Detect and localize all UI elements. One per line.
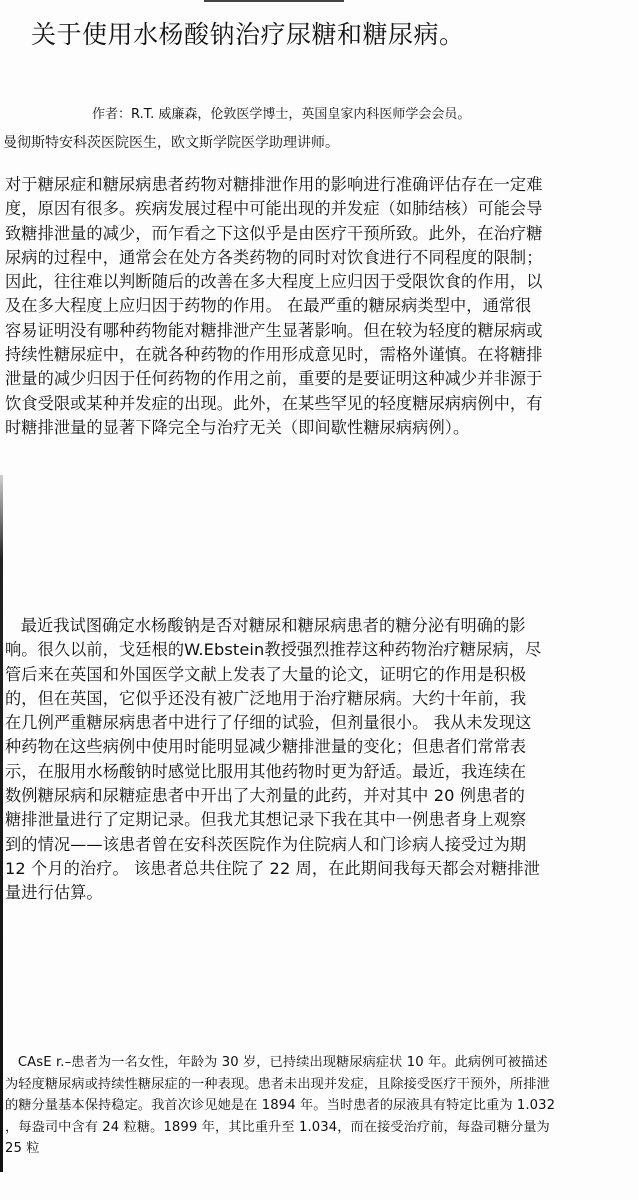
text-line: 对于糖尿症和糖尿病患者药物对糖排泄作用的影响进行准确评估存在一定难	[5, 173, 631, 197]
text-line: 持续性糖尿症中，在就各种药物的作用形成意见时，需格外谨慎。在将糖排	[5, 343, 631, 367]
text-line: 的，但在英国，它似乎还没有被广泛地用于治疗糖尿病。大约十年前，我	[5, 687, 631, 711]
paragraph-intro: 对于糖尿症和糖尿病患者药物对糖排泄作用的影响进行准确评估存在一定难 度，原因有很…	[5, 173, 631, 440]
text-line: 为轻度糖尿病或持续性糖尿症的一种表现。患者未出现并发症，且除接受医疗干预外，所排…	[5, 1074, 631, 1096]
text-line: 时糖排泄量的显著下降完全与治疗无关（即间歇性糖尿病病例）。	[5, 416, 631, 440]
text-line: CAsE r.–患者为一名女性，年龄为 30 岁，已持续出现糖尿病症状 10 年…	[5, 1052, 631, 1074]
paragraph-salicylate-study: 最近我试图确定水杨酸钠是否对糖尿和糖尿病患者的糖分泌有明确的影 响。很久以前，戈…	[5, 614, 631, 906]
text-line: ，每盎司中含有 24 粒糖。1899 年，其比重升至 1.034，而在接受治疗前…	[5, 1117, 631, 1139]
text-line: 量进行估算。	[5, 881, 631, 905]
text-line: 响。很久以前，戈廷根的W.Ebstein教授强烈推荐这种药物治疗糖尿病，尽	[5, 638, 631, 662]
text-line: 容易证明没有哪种药物能对糖排泄产生显著影响。但在较为轻度的糖尿病或	[5, 319, 631, 343]
text-line: 数例糖尿病和尿糖症患者中开出了大剂量的此药，并对其中 20 例患者的	[5, 784, 631, 808]
text-line: 泄量的减少归因于任何药物的作用之前，重要的是要证明这种减少并非源于	[5, 367, 631, 391]
text-line: 糖排泄量进行了定期记录。但我尤其想记录下我在其中一例患者身上观察	[5, 808, 631, 832]
text-line: 致糖排泄量的减少，而乍看之下这似乎是由医疗干预所致。此外，在治疗糖	[5, 222, 631, 246]
text-line: 度，原因有很多。疾病发展过程中可能出现的并发症（如肺结核）可能会导	[5, 197, 631, 221]
author-line: 作者：R.T. 威廉森，伦敦医学博士，英国皇家内科医师学会会员。	[92, 106, 470, 124]
text-line: 12 个月的治疗。 该患者总共住院了 22 周，在此期间我每天都会对糖排泄	[5, 857, 631, 881]
text-line: 最近我试图确定水杨酸钠是否对糖尿和糖尿病患者的糖分泌有明确的影	[5, 614, 631, 638]
text-line: 及在多大程度上应归因于药物的作用。 在最严重的糖尿病类型中，通常很	[5, 294, 631, 318]
text-line: 尿病的过程中，通常会在处方各类药物的同时对饮食进行不同程度的限制；	[5, 246, 631, 270]
text-line: 管后来在英国和外国医学文献上发表了大量的论文，证明它的作用是积极	[5, 663, 631, 687]
text-line: 在几例严重糖尿病患者中进行了仔细的试验，但剂量很小。 我从未发现这	[5, 711, 631, 735]
text-line: 到的情况——该患者曾在安科茨医院作为住院病人和门诊病人接受过为期	[5, 833, 631, 857]
text-line: 示，在服用水杨酸钠时感觉比服用其他药物时更为舒适。最近，我连续在	[5, 760, 631, 784]
text-line: 25 粒	[5, 1138, 631, 1160]
paragraph-case-report: CAsE r.–患者为一名女性，年龄为 30 岁，已持续出现糖尿病症状 10 年…	[5, 1052, 631, 1160]
text-line: 饮食受限或某种并发症的出现。此外，在某些罕见的轻度糖尿病病例中，有	[5, 392, 631, 416]
document-title: 关于使用水杨酸钠治疗尿糖和糖尿病。	[31, 18, 465, 52]
text-line: 的糖分量基本保持稳定。我首次诊见她是在 1894 年。当时患者的尿液具有特定比重…	[5, 1095, 631, 1117]
text-line: 种药物在这些病例中使用时能明显减少糖排泄量的变化；但患者们常常表	[5, 735, 631, 759]
top-rule-divider	[204, 0, 344, 2]
left-page-edge	[0, 475, 3, 1172]
text-line: 因此，往往难以判断随后的改善在多大程度上应归因于受限饮食的作用，以	[5, 270, 631, 294]
affiliation-line: 曼彻斯特安科茨医院医生，欧文斯学院医学助理讲师。	[3, 133, 339, 153]
